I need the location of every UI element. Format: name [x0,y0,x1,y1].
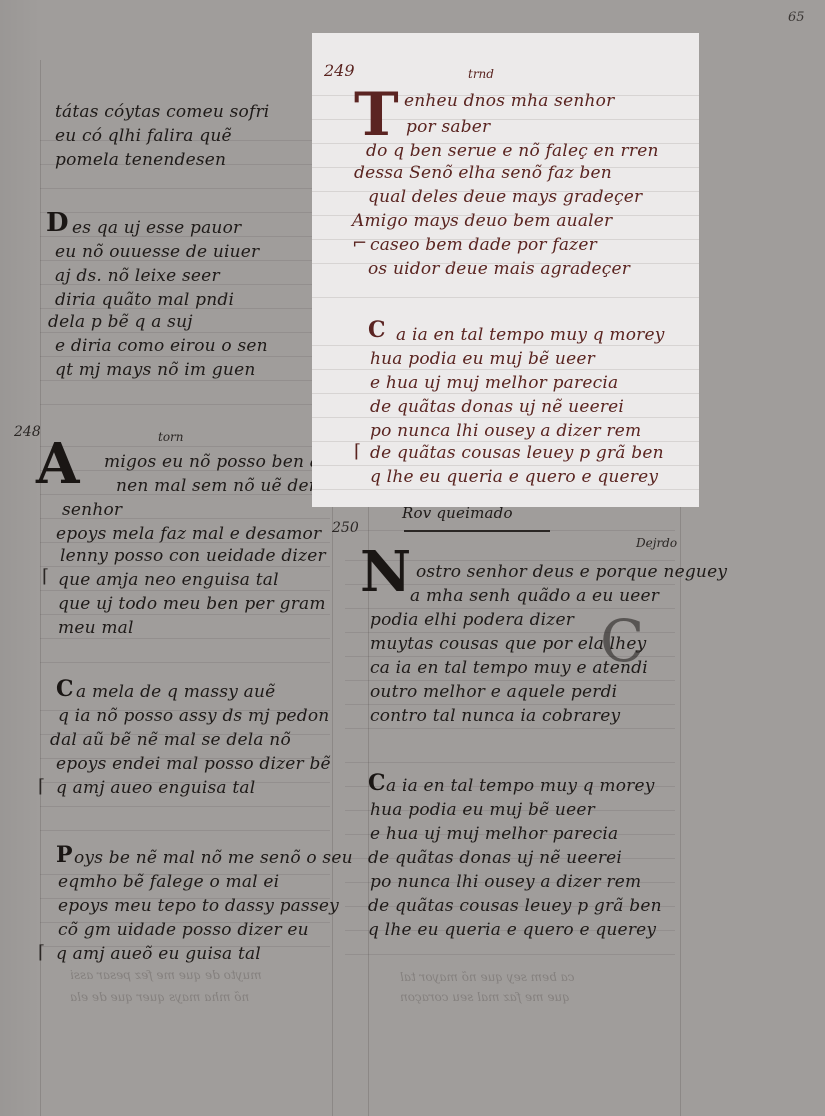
refrain-mark: ⌈ [354,441,361,462]
author-underline [404,530,550,532]
refrain-mark: ⌈ [38,776,45,797]
verse-line: ostro senhor deus e porque neguey [416,562,727,582]
verse-line: a mha senh quãdo a eu ueer [410,586,659,606]
verse-line: q ia nõ posso assy ds mj pedon [58,706,329,726]
verse-line: de quãtas cousas leuey p grã ben [368,896,662,916]
verse-line: po nunca lhi ousey a dizer rem [370,421,641,441]
guide-letter: C [600,612,644,670]
verse-line: do q ben serue e nõ faleç en rren [366,141,659,161]
verse-line: q lhe eu queria e quero e querey [370,467,658,487]
verse-line: epoys mela faz mal e desamor [56,524,321,544]
verse-line: que uj todo meu ben per gram [58,594,326,614]
refrain-mark: ⌈ [42,566,49,587]
verse-line: pomela tenendesen [55,150,226,170]
poem-number: 249 [324,61,355,80]
folio-number: 65 [788,10,805,25]
verse-line: eqmho bẽ falege o mal ei [58,872,279,892]
verse-line: os uidor deue mais agradeçer [368,259,630,279]
verse-line: Amigo mays deuo bem aualer [352,211,612,231]
verse-line: oys be nẽ mal nõ me senõ o seu [74,848,353,868]
refrain-mark: ⌐ [352,233,367,254]
verse-line: caseo bem dade por fazer [370,235,597,255]
margin-note: Dejrdo [636,536,677,550]
verse-line: diria quãto mal pndi [55,290,234,310]
verse-line: qual deles deue mays gradeçer [368,187,642,207]
verse-line: e hua uj muj melhor parecia [370,824,618,844]
verse-line: lenny posso con ueidade dizer [60,546,326,566]
author-name: Rov queimado [402,504,513,522]
decorated-initial: N [360,544,411,600]
initial-letter: P [56,842,73,868]
verse-line: por saber [406,117,490,137]
refrain-mark: ⌈ [38,942,45,963]
verse-line: de quãtas donas uj nẽ ueerei [370,397,624,417]
verse-line: eu có qlhi falira quẽ [55,126,232,146]
verse-line: es qa uj esse pauor [72,218,241,238]
verse-line: hua podia eu muj bẽ ueer [370,349,595,369]
verse-line: de quãtas donas uj nẽ ueerei [368,848,622,868]
initial-letter: C [56,676,74,702]
decorated-initial: A [36,436,79,492]
verse-line: senhor [62,500,122,520]
verse-line: contro tal nunca ia cobrarey [370,706,620,726]
verse-line: outro melhor e aquele perdi [370,682,617,702]
verse-line: q lhe eu queria e quero e querey [368,920,656,940]
manuscript-page: 65 muyto de que me fez pesar assi nõ mha… [0,0,825,1116]
verse-line: dela p bẽ q a suj [48,312,193,332]
verse-line: a ia en tal tempo muy q morey [386,776,655,796]
verse-line: enheu dnos mha senhor [404,91,614,111]
verse-line: a ia en tal tempo muy q morey [396,325,665,345]
verse-line: e diria como eirou o sen [55,336,268,356]
verse-line: epoys meu tepo to dassy passey [58,896,339,916]
verse-line: podia elhi podera dizer [370,610,574,630]
verse-line: po nunca lhi ousey a dizer rem [370,872,641,892]
verse-line: qt mj mays nõ im guen [55,360,256,380]
verse-line: de quãtas cousas leuey p grã ben [370,443,664,463]
initial-letter: C [368,317,386,343]
poem-number: 250 [332,520,359,536]
verse-line: dal aũ bẽ nẽ mal se dela nõ [50,730,291,750]
verse-line: meu mal [58,618,134,638]
verse-line: tátas cóytas comeu sofri [55,102,269,122]
verse-line: q amj aueõ eu guisa tal [56,944,261,964]
verse-line: que amja neo enguisa tal [58,570,279,590]
verse-line: a mela de q massy auẽ [76,682,275,702]
verse-line: epoys endei mal posso dizer bẽ [56,754,331,774]
rubric: torn [158,430,184,444]
rubric: trnd [468,67,494,81]
verse-line: e hua uj muj melhor parecia [370,373,618,393]
highlighted-region: 249 trnd T enheu dnos mha senhor por sab… [312,33,699,507]
verse-line: cõ gm uidade posso dizer eu [58,920,309,940]
initial-letter: D [46,208,69,238]
verse-line: dessa Senõ elha senõ faz ben [354,163,612,183]
decorated-initial: T [354,85,399,145]
verse-line: eu nõ ouuesse de uiuer [55,242,259,262]
verse-line: q amj aueo enguisa tal [56,778,255,798]
verse-line: aj ds. nõ leixe seer [55,266,220,286]
initial-letter: C [368,770,386,796]
verse-line: hua podia eu muj bẽ ueer [370,800,595,820]
